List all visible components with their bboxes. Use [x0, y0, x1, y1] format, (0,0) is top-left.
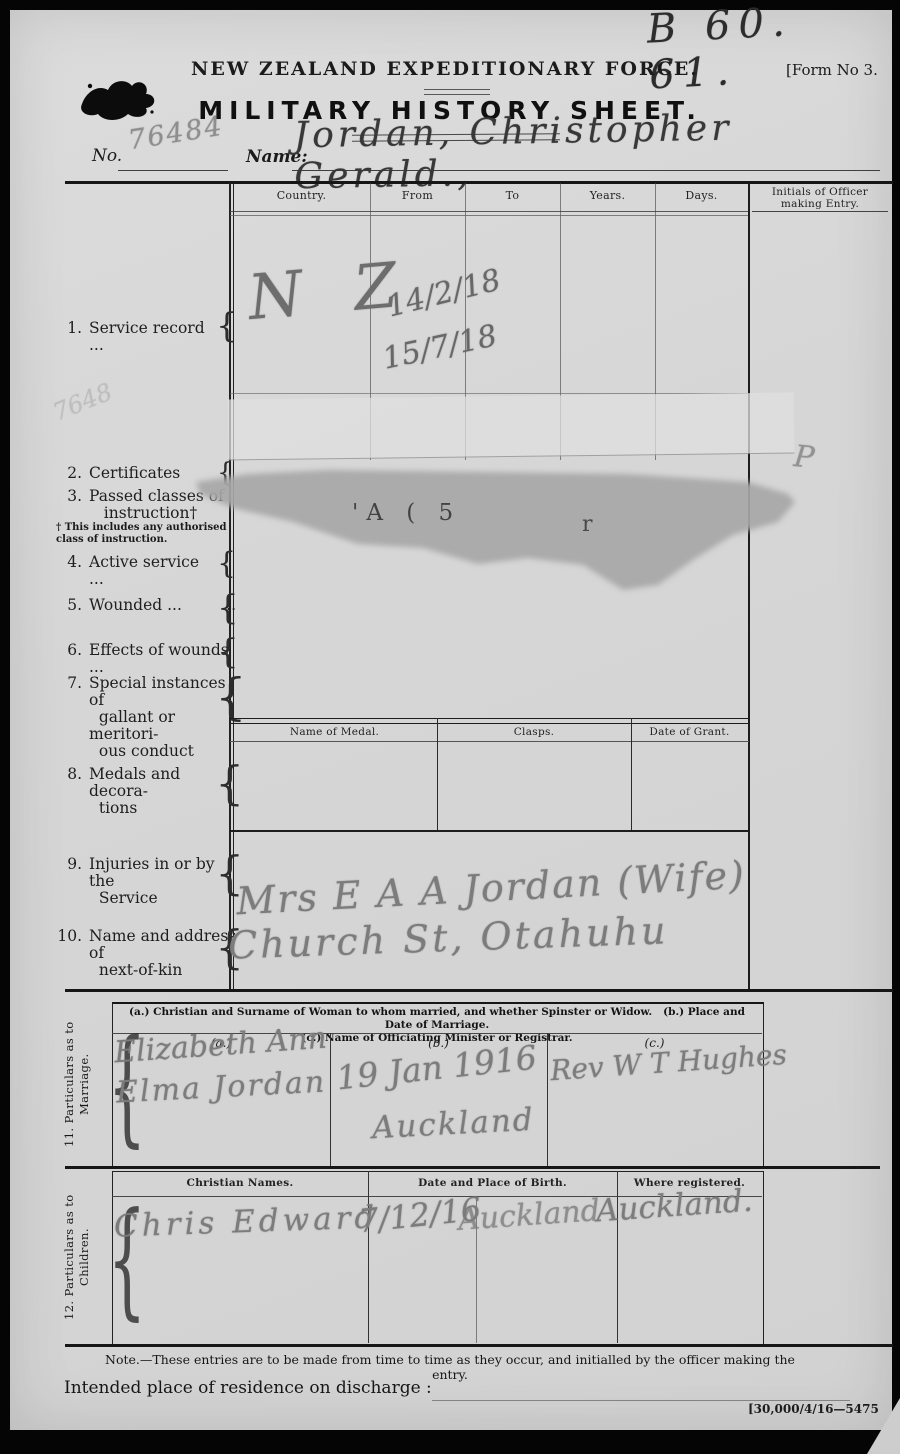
item-number: 2. — [52, 465, 89, 482]
medal-col-line-2 — [631, 718, 632, 831]
medal-header-grant: Date of Grant. — [631, 726, 748, 738]
item-number: 9. — [52, 856, 89, 907]
residence-label: Intended place of residence on discharge… — [64, 1378, 432, 1398]
item-number: 1. — [52, 320, 89, 354]
item-8-medals: 8. Medals and decora- tions — [52, 766, 238, 817]
pasted-strip — [228, 393, 795, 461]
handwritten-ref-code: B 60. 61. — [646, 0, 900, 99]
officer-pencil-mark: P — [792, 439, 816, 476]
section-divider-heavy — [65, 989, 893, 992]
medal-header-underline — [230, 741, 749, 742]
residence-line — [432, 1400, 850, 1401]
brace-item-6: { — [217, 632, 239, 672]
item-1-service-record: 1. Service record ... — [52, 320, 238, 354]
col-header-initials: Initials of Officer making Entry. — [752, 186, 888, 210]
item-6-effects-of-wounds: 6. Effects of wounds ... — [52, 642, 238, 676]
no-underline — [118, 170, 228, 171]
marriage-side-label: 11. Particulars as to Marriage. — [62, 1002, 96, 1166]
org-title-underline — [424, 89, 490, 95]
item-number: 5. — [52, 597, 89, 614]
no-label: No. — [92, 146, 122, 166]
org-title: NEW ZEALAND EXPEDITIONARY FORCE. — [160, 58, 730, 80]
item-number: 7. — [52, 675, 89, 760]
marriage-col-line-a-b — [330, 1033, 331, 1166]
item-number: 10. — [52, 928, 89, 979]
col-header-from: From — [370, 189, 465, 202]
item-9-injuries: 9. Injuries in or by the Service — [52, 856, 238, 907]
smudge-faint-mark-2: r — [582, 512, 593, 537]
table-header-underline — [230, 211, 748, 216]
smudge-faint-marks: 'A ( 5 — [352, 500, 461, 526]
form-number: [Form No 3. — [786, 61, 878, 79]
medal-table-bottom-rule — [230, 830, 749, 832]
item-number: 4. — [52, 554, 89, 588]
item-label: Certificates — [89, 465, 180, 482]
marriage-children-divider — [65, 1166, 880, 1169]
medal-table-top-rule — [230, 718, 749, 724]
item-number: 6. — [52, 642, 89, 676]
col-header-to: To — [465, 189, 560, 202]
item-number: 3. — [52, 488, 89, 522]
table-top-rule — [65, 181, 893, 184]
print-code: [30,000/4/16—5475 — [748, 1402, 879, 1416]
marriage-col-line-b-c — [547, 1033, 548, 1166]
brace-item-8: { — [215, 756, 244, 810]
initials-header-underline — [752, 211, 888, 212]
scanned-military-history-sheet: B 60. 61. NEW ZEALAND EXPEDITIONARY FORC… — [0, 0, 900, 1454]
children-bottom-rule — [65, 1344, 893, 1347]
medal-header-name: Name of Medal. — [232, 726, 437, 738]
children-col-line-1 — [368, 1171, 369, 1343]
item-7-gallant-conduct: 7. Special instances of gallant or merit… — [52, 675, 238, 760]
item-10-next-of-kin: 10. Name and address of next-of-kin — [52, 928, 238, 979]
grey-smudge-overlay — [188, 460, 803, 605]
medal-header-clasps: Clasps. — [437, 726, 631, 738]
brace-item-1: { — [216, 306, 238, 346]
col-header-days: Days. — [655, 189, 748, 202]
medal-col-line-1 — [437, 718, 438, 831]
children-header-birth: Date and Place of Birth. — [368, 1177, 617, 1189]
col-header-country: Country. — [233, 189, 370, 202]
col-header-years: Years. — [560, 189, 655, 202]
children-side-label: 12. Particulars as to Children. — [62, 1171, 96, 1343]
ink-blot — [76, 76, 158, 120]
children-header-names: Christian Names. — [112, 1177, 368, 1189]
item-number: 8. — [52, 766, 89, 817]
